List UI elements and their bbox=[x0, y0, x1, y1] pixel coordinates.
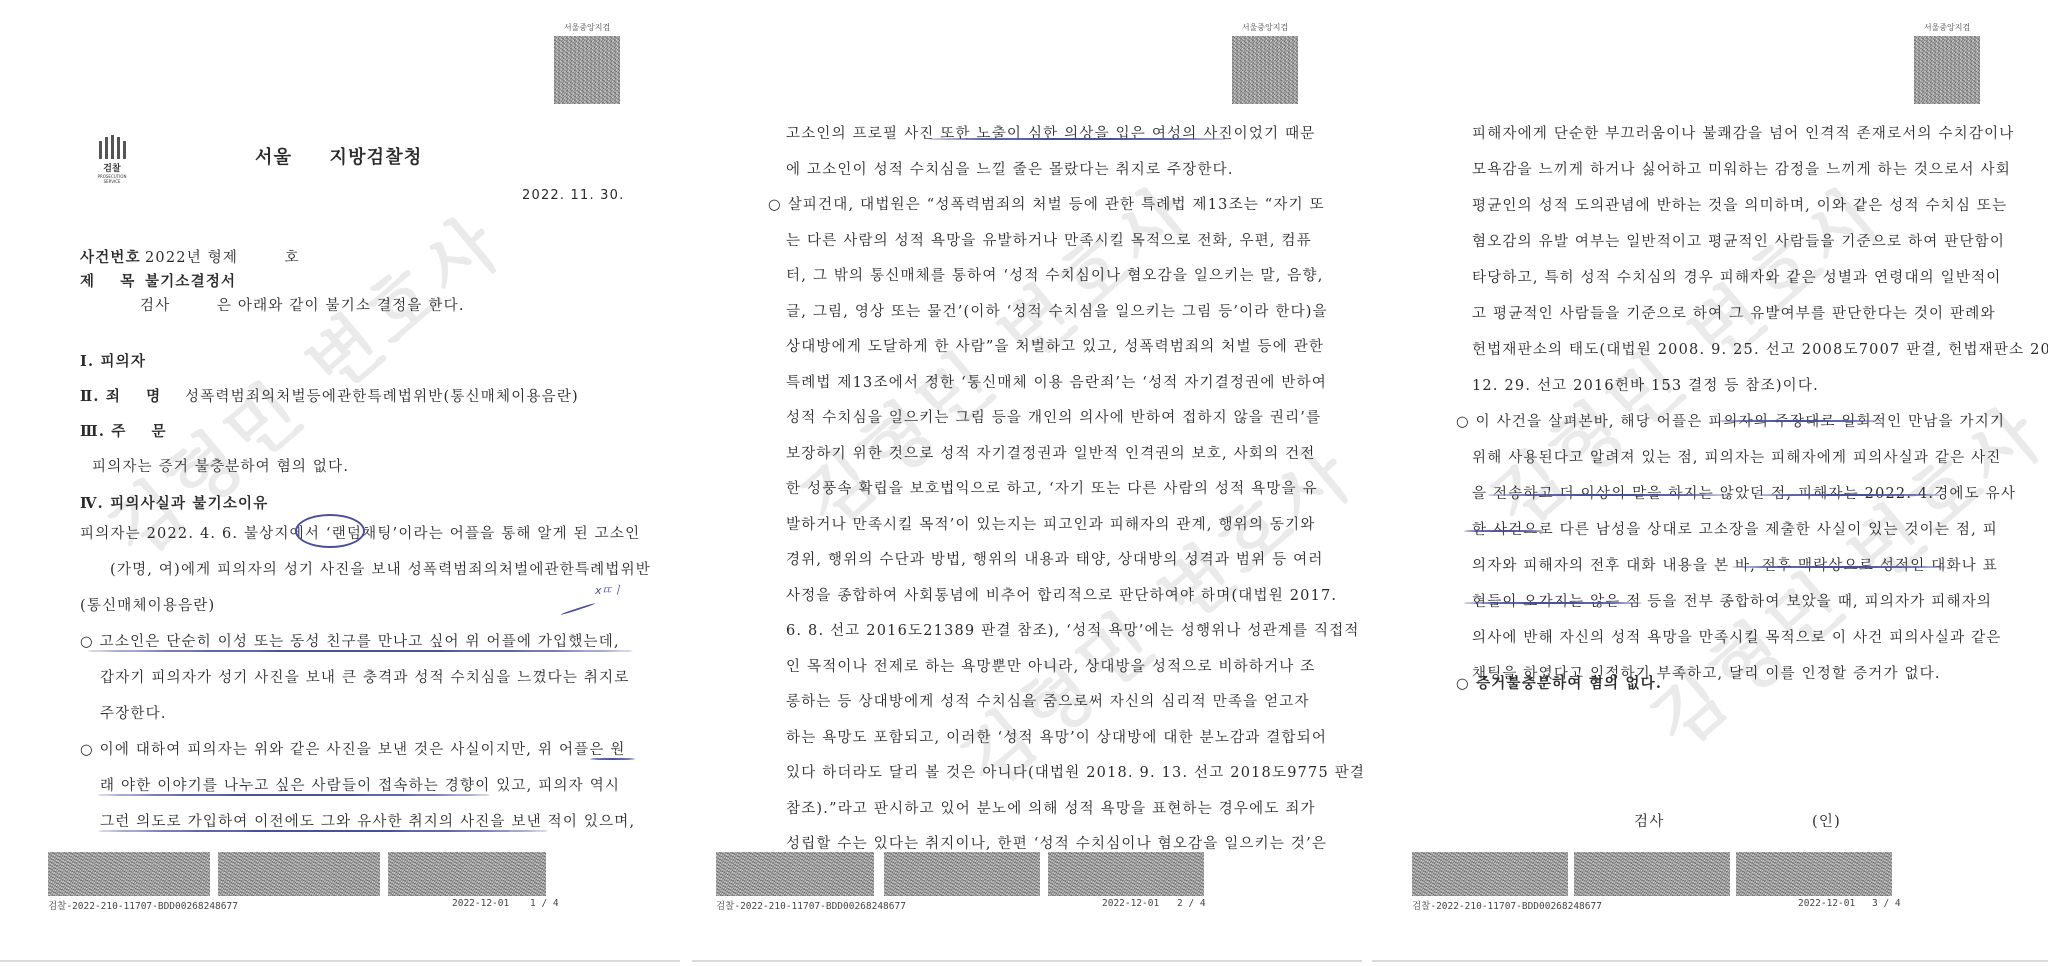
barcode-1 bbox=[1412, 852, 1568, 896]
body-line: 모욕감을 느끼게 하거나 싫어하고 미워하는 감정을 느끼게 하는 것으로서 사… bbox=[1472, 158, 2011, 179]
body-line: 타당하고, 특히 성적 수치심의 경우 피해자와 같은 성별과 연령대의 일반적… bbox=[1472, 266, 2002, 287]
body-line: 특례법 제13조에서 정한 ‘통신매체 이용 음란죄’는 ‘성적 자기결정권에 … bbox=[786, 371, 1327, 392]
barcode-2 bbox=[884, 852, 1040, 896]
handwritten-underline bbox=[98, 830, 548, 832]
page-number: 3 / 4 bbox=[1872, 898, 1901, 909]
body-line: 경위, 행위의 수단과 방법, 행위의 내용과 태양, 상대방의 성격과 범위 … bbox=[786, 548, 1324, 569]
case-number-value: 2022년 형제 호 bbox=[145, 246, 300, 267]
body-line: 헌법재판소의 태도(대법원 2008. 9. 25. 선고 2008도7007 … bbox=[1472, 338, 2048, 359]
handwritten-circle bbox=[295, 514, 365, 548]
body-line: 혐오감의 유발 여부는 일반적이고 평균적인 사람들을 기준으로 하여 판단함이 bbox=[1472, 230, 2005, 251]
barcode-3 bbox=[1736, 852, 1892, 896]
body-line: 글, 그림, 영상 또는 물건’(이하 ‘성적 수치심을 일으키는 그림 등’이… bbox=[786, 300, 1328, 321]
body-line: 갑자기 피의자가 성기 사진을 보내 큰 충격과 성적 수치심을 느꼈다는 취지… bbox=[100, 666, 630, 687]
body-line: 롱하는 등 상대방에게 성적 수치심을 줌으로써 자신의 심리적 만족을 얻고자 bbox=[786, 690, 1310, 711]
footer-date: 2022-12-01 bbox=[1798, 898, 1855, 909]
body-line: 주장한다. bbox=[100, 702, 167, 723]
body-line: 하는 욕망도 포함되고, 이러한 ‘성적 욕망’이 상대방에 대한 분노감과 결… bbox=[786, 726, 1327, 747]
charge-name: 성폭력범죄의처벌등에관한특례법위반(통신매체이용음란) bbox=[185, 385, 579, 406]
barcode-2 bbox=[218, 852, 380, 896]
body-line: 피해자에게 단순한 부끄러움이나 불쾌감을 넘어 인격적 존재로서의 수치감이나 bbox=[1472, 122, 2015, 143]
body-line: 래 야한 이야기를 나누고 싶은 사람들이 접속하는 경향이 있고, 피의자 역… bbox=[100, 774, 620, 795]
watermark: 김형민 변호사 bbox=[935, 416, 1373, 807]
body-line: 의자와 피해자의 전후 대화 내용을 본 바, 전후 맥락상으로 성적인 대화나… bbox=[1472, 554, 1998, 575]
handwritten-underline bbox=[1732, 566, 1947, 568]
body-line: 6. 8. 선고 2016도21389 판결 참조), ‘성적 욕망’에는 성행… bbox=[786, 619, 1360, 640]
handwritten-underline bbox=[1464, 602, 1642, 604]
qr-label: 서울중앙지검 bbox=[552, 22, 622, 33]
handwritten-underline bbox=[590, 758, 635, 760]
handwritten-underline bbox=[98, 794, 490, 796]
document-title: 불기소결정서 bbox=[145, 270, 236, 291]
body-line: 인 목적이나 전제로 하는 욕망뿐만 아니라, 상대방을 성적으로 비하하거나 … bbox=[786, 655, 1316, 676]
barcode-1 bbox=[48, 852, 210, 896]
qr-code-block: 서울중앙지검 bbox=[1230, 22, 1300, 104]
body-line: 사정을 종합하여 사회통념에 비추어 합리적으로 판단하여야 하며(대법원 20… bbox=[786, 584, 1337, 605]
barcode-1 bbox=[716, 852, 874, 896]
section-3-heading: Ⅲ. 주 문 bbox=[80, 420, 167, 441]
qr-code bbox=[554, 36, 620, 104]
seal-mark: (인) bbox=[1812, 810, 1841, 831]
body-line: 터, 그 밖의 통신매체를 통하여 ‘성적 수치심이나 혐오감을 일으키는 말,… bbox=[786, 264, 1324, 285]
barcode-3 bbox=[1048, 852, 1204, 896]
conclusion: ○ 증거불충분하여 혐의 없다. bbox=[1456, 672, 1662, 693]
body-line: 는 다른 사람의 성적 욕망을 유발하거나 만족시킬 목적으로 전화, 우편, … bbox=[786, 229, 1312, 250]
body-line: 을 전송하고 더 이상의 말을 하지는 않았던 점, 피해자는 2022. 4.… bbox=[1472, 482, 2016, 503]
body-line: 고 평균적인 사람들을 기준으로 하여 그 유발여부를 판단한다는 것이 판례와 bbox=[1472, 302, 1996, 323]
handwritten-note: xㄸㅣ bbox=[595, 582, 623, 598]
body-line: 현들이 오가지는 않은 점 등을 전부 종합하여 보았을 때, 피의자가 피해자… bbox=[1472, 590, 1992, 611]
footer-date: 2022-12-01 bbox=[452, 898, 509, 909]
intro-text: 검사 은 아래와 같이 불기소 결정을 한다. bbox=[140, 294, 465, 315]
document-page-2: 서울중앙지검 김형민 변호사 김형민 변호사 고소인의 프로필 사진 또한 노출… bbox=[692, 0, 1362, 962]
handwritten-underline bbox=[1718, 420, 1878, 422]
document-code: 검찰-2022-210-11707-BDD00268248677 bbox=[48, 898, 238, 912]
signature-label: 검사 bbox=[1634, 810, 1664, 831]
body-line: 의사에 반해 자신의 성적 욕망을 만족시킬 목적으로 이 사건 피의사실과 같… bbox=[1472, 626, 2002, 647]
handwritten-arrow bbox=[561, 602, 596, 615]
body-line: (가명, 여)에게 피의자의 성기 사진을 보내 성폭력범죄의처벌에관한특례법위… bbox=[110, 558, 651, 579]
qr-code bbox=[1914, 36, 1980, 104]
body-line: (통신매체이용음란) bbox=[80, 594, 215, 615]
handwritten-underline bbox=[1464, 530, 1544, 532]
document-page-1: 서울중앙지검 김형민 변호사 검찰 PROSECUTION SERVICE 서울… bbox=[0, 0, 680, 962]
case-number-label: 사건번호 bbox=[80, 246, 141, 267]
handwritten-underline bbox=[1754, 494, 1942, 496]
body-line: 보장하기 위한 것으로 성적 자기결정권과 일반적 인격권의 보호, 사회의 건… bbox=[786, 442, 1316, 463]
qr-label: 서울중앙지검 bbox=[1912, 22, 1982, 33]
body-line: 발하거나 만족시킬 목적’이 있는지는 피고인과 피해자의 관계, 행위의 동기… bbox=[786, 513, 1316, 534]
body-line: 참조).”라고 판시하고 있어 분노에 의해 성적 욕망을 표현하는 경우에도 … bbox=[786, 797, 1316, 818]
footer-date: 2022-12-01 bbox=[1102, 898, 1159, 909]
body-line: 평균인의 성적 도의관념에 반하는 것을 의미하며, 이와 같은 성적 수치심 … bbox=[1472, 194, 2007, 215]
body-line: 성적 수치심을 일으키는 그림 등을 개인의 의사에 반하여 접하지 않을 권리… bbox=[786, 406, 1321, 427]
body-line: ○ 고소인은 단순히 이성 또는 동성 친구를 만나고 싶어 위 어플에 가입했… bbox=[80, 630, 620, 651]
prosecution-logo: 검찰 PROSECUTION SERVICE bbox=[92, 135, 132, 184]
body-line: 한 사건으로 다른 남성을 상대로 고소장을 제출한 사실이 있는 것이는 점,… bbox=[1472, 518, 1998, 539]
section-4-heading: Ⅳ. 피의사실과 불기소이유 bbox=[80, 492, 268, 513]
office-name: 서울 지방검찰청 bbox=[255, 143, 422, 169]
section-1-heading: Ⅰ. 피의자 bbox=[80, 350, 146, 371]
body-line: 상대방에게 도달하게 한 사람”을 처벌하고 있고, 성폭력범죄의 처벌 등에 … bbox=[786, 335, 1324, 356]
document-page-3: 서울중앙지검 김형민 변호사 김형민 변호사 피해자에게 단순한 부끄러움이나 … bbox=[1372, 0, 2048, 962]
handwritten-underline bbox=[1488, 494, 1728, 496]
body-line: ○ 이에 대하여 피의자는 위와 같은 사진을 보낸 것은 사실이지만, 위 어… bbox=[80, 738, 626, 759]
handwritten-underline bbox=[928, 138, 1228, 140]
qr-label: 서울중앙지검 bbox=[1230, 22, 1300, 33]
barcode-2 bbox=[1574, 852, 1730, 896]
disposition-text: 피의자는 증거 불충분하여 혐의 없다. bbox=[92, 455, 349, 476]
body-line: 12. 29. 선고 2016헌바 153 결정 등 참조)이다. bbox=[1472, 374, 1819, 395]
body-line: 에 고소인이 성적 수치심을 느낄 줄은 몰랐다는 취지로 주장한다. bbox=[786, 158, 1234, 179]
section-2-heading: Ⅱ. 죄 명 bbox=[80, 385, 161, 406]
qr-code-block: 서울중앙지검 bbox=[552, 22, 622, 104]
body-line: 한 성풍속 확립을 보호법익으로 하고, ‘자기 또는 다른 사람의 성적 욕망… bbox=[786, 477, 1318, 498]
document-code: 검찰-2022-210-11707-BDD00268248677 bbox=[1412, 898, 1602, 912]
body-line: ○ 살피건대, 대법원은 “성폭력범죄의 처벌 등에 관한 특례법 제13조는 … bbox=[768, 193, 1325, 214]
handwritten-underline bbox=[88, 650, 633, 652]
document-code: 검찰-2022-210-11707-BDD00268248677 bbox=[716, 898, 906, 912]
page-number: 2 / 4 bbox=[1177, 898, 1206, 909]
qr-code bbox=[1232, 36, 1298, 104]
body-line: 성립할 수는 있다는 취지이나, 한편 ‘성적 수치심이나 혐오감을 일으키는 … bbox=[786, 832, 1327, 853]
title-label: 제 목 bbox=[80, 270, 135, 291]
body-line: 위해 사용된다고 알려져 있는 점, 피의자는 피해자에게 피의사실과 같은 사… bbox=[1472, 446, 2002, 467]
body-line: 그런 의도로 가입하여 이전에도 그와 유사한 취지의 사진을 보낸 적이 있으… bbox=[100, 810, 635, 831]
page-number: 1 / 4 bbox=[530, 898, 559, 909]
qr-code-block: 서울중앙지검 bbox=[1912, 22, 1982, 104]
body-line: 있다 하더라도 달리 볼 것은 아니다(대법원 2018. 9. 13. 선고 … bbox=[786, 761, 1365, 782]
document-date: 2022. 11. 30. bbox=[522, 188, 624, 203]
barcode-3 bbox=[388, 852, 546, 896]
